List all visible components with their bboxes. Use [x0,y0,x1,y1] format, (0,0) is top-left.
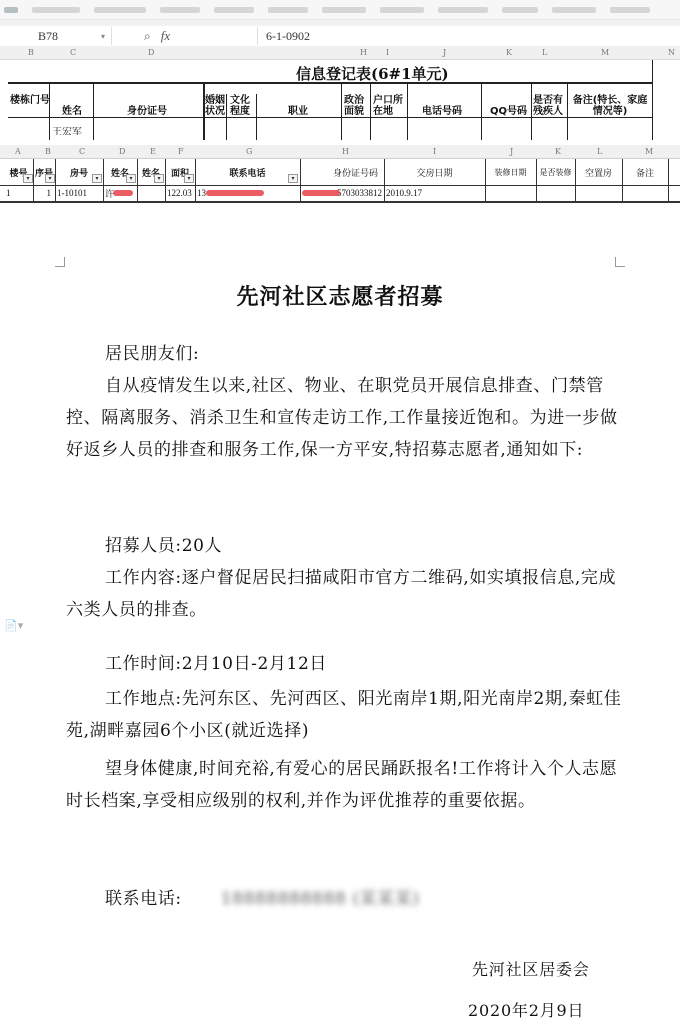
recruit-count: 招募人员:20人 [66,530,626,562]
header-note: 备注 [622,159,668,185]
header-disability: 是否有残疾人 [533,95,567,117]
column-header-bar: B C D H I J K L M N [0,46,680,60]
margin-corner-mark [55,257,65,267]
signature-date: 2020年2月9日 [468,998,584,1021]
column-header[interactable]: D [119,147,125,156]
header-phone: 电话号码 [422,106,462,117]
column-header[interactable]: B [28,48,34,57]
ribbon-item[interactable] [160,7,200,13]
ribbon-item[interactable] [552,7,596,13]
work-time: 工作时间:2月10日-2月12日 [66,648,626,680]
ribbon-item[interactable] [322,7,366,13]
column-header[interactable]: J [510,147,513,156]
registration-sheet: 信息登记表(6#1单元) 楼栋门号 姓名 身份证号 婚姻状况 文化程度 职业 政… [0,60,680,140]
formula-input[interactable]: 6-1-0902 [257,27,310,45]
column-header[interactable]: L [542,48,547,57]
work-content: 工作内容:逐户督促居民扫描咸阳市官方二维码,如实填报信息,完成六类人员的排查。 [66,562,626,626]
header-education: 文化程度 [230,95,254,117]
header-id-number: 身份证号 [127,106,167,117]
column-header[interactable]: B [45,147,51,156]
column-header[interactable]: H [342,147,349,156]
ribbon-item[interactable] [214,7,254,13]
cell-name-2[interactable] [137,186,165,200]
column-header[interactable]: M [601,48,609,57]
border-line [652,60,653,140]
column-header[interactable]: K [506,48,512,57]
border-line [481,82,482,140]
filter-dropdown-icon[interactable]: ▾ [288,174,298,183]
border-line [567,82,568,140]
column-header-bar: A B C D E F G H I J K L M [0,145,680,159]
border-line [8,82,652,84]
sheet-title: 信息登记表(6#1单元) [296,63,449,84]
column-header[interactable]: H [360,48,367,57]
column-header[interactable]: K [555,147,561,156]
signature-org: 先河社区居委会 [472,957,590,980]
border-line [0,201,680,203]
column-header[interactable]: J [443,48,446,57]
filter-dropdown-icon[interactable]: ▾ [154,174,164,183]
cell-renovation-date[interactable] [485,186,536,200]
column-header[interactable]: G [246,147,252,156]
header-marital-status: 婚姻状况 [205,95,227,117]
header-building-door: 楼栋门号 [10,95,50,106]
ribbon-item[interactable] [438,7,488,13]
border-line [8,117,652,118]
ribbon-tab[interactable] [4,7,18,13]
name-box-value: B78 [38,29,58,44]
border-line [668,159,669,201]
column-header[interactable]: I [433,147,436,156]
column-header[interactable]: E [150,147,156,156]
header-handover-date: 交房日期 [384,159,485,185]
border-line [370,82,371,140]
cell-partial-name[interactable]: 王宏军 [52,127,82,135]
header-occupation: 职业 [288,106,308,117]
border-line [256,94,257,140]
cell-building[interactable]: 1 [4,186,33,200]
filter-dropdown-icon[interactable]: ▾ [126,174,136,183]
column-header[interactable]: A [15,147,21,156]
filter-dropdown-icon[interactable]: ▾ [23,174,33,183]
ribbon-item[interactable] [610,7,650,13]
header-id-number: 身份证号码 [300,159,384,185]
redaction-mark [206,190,264,196]
name-box[interactable]: B78 ▾ [0,27,112,45]
header-remarks: 备注(特长、家庭情况等) [570,95,650,117]
column-header[interactable]: C [79,147,85,156]
formula-bar: B78 ▾ ⌕ fx 6-1-0902 [0,26,680,46]
redaction-mark [113,190,133,196]
column-header[interactable]: L [597,147,602,156]
column-header[interactable]: D [148,48,154,57]
border-line [407,82,408,140]
formula-icons: ⌕ fx [112,28,257,44]
zoom-icon[interactable]: ⌕ [144,29,151,44]
border-line [49,82,50,140]
function-icon[interactable]: fx [161,28,170,44]
column-header[interactable]: C [70,48,76,57]
ribbon-item[interactable] [268,7,308,13]
header-political-status: 政治面貌 [344,95,368,117]
intro-paragraph: 自从疫情发生以来,社区、物业、在职党员开展信息排查、门禁管控、隔离服务、消杀卫生… [66,370,626,466]
chevron-down-icon[interactable]: ▾ [101,32,105,41]
cell-room[interactable]: 1-10101 [55,186,103,200]
ribbon-item[interactable] [94,7,146,13]
border-line [341,82,342,140]
header-vacant: 空置房 [575,159,622,185]
cell-seq[interactable]: 1 [33,186,55,200]
closing-paragraph: 望身体健康,时间充裕,有爱心的居民踊跃报名!工作将计入个人志愿时长档案,享受相应… [66,753,626,817]
cell-vacant[interactable] [575,186,622,200]
cell-area[interactable]: 122.03 [165,186,195,200]
border-line [531,82,532,140]
contact-line: 联系电话:18888888888 (某某某) [66,883,626,915]
header-renovation-date: 装修日期 [485,159,536,185]
column-header[interactable]: N [668,48,675,57]
document-page: 先河社区志愿者招募 居民朋友们: 自从疫情发生以来,社区、物业、在职党员开展信息… [0,205,680,1036]
cell-note[interactable] [622,186,668,200]
paste-options-icon[interactable]: 📄▾ [4,619,23,632]
filter-dropdown-icon[interactable]: ▾ [92,174,102,183]
greeting: 居民朋友们: [105,338,665,370]
cell-handover-date[interactable]: 2010.9.17 [384,186,485,200]
column-header[interactable]: M [645,147,653,156]
column-header[interactable]: F [178,147,184,156]
document-title: 先河社区志愿者招募 [0,280,680,311]
ribbon-toolbar [0,0,680,20]
margin-corner-mark [615,257,625,267]
header-qq: QQ号码 [490,106,527,117]
housing-sheet: 楼号 ▾ 序号 ▾ 房号 ▾ 姓名 ▾ 姓名 ▾ 面积 ▾ 联系电话 ▾ 身份证… [0,159,680,205]
ribbon-item[interactable] [380,7,424,13]
border-line [93,82,94,140]
work-location: 工作地点:先河东区、先河西区、阳光南岸1期,阳光南岸2期,秦虹佳苑,湖畔嘉园6个… [66,683,626,747]
filter-dropdown-icon[interactable]: ▾ [45,174,55,183]
contact-label: 联系电话: [105,889,182,909]
cell-renovated[interactable] [536,186,575,200]
column-header[interactable]: I [386,48,389,57]
ribbon-item[interactable] [32,7,80,13]
contact-value-blurred: 18888888888 (某某某) [182,883,420,915]
header-household-registration: 户口所在地 [373,95,405,117]
filter-dropdown-icon[interactable]: ▾ [184,174,194,183]
header-phone: 联系电话 [195,159,300,185]
redaction-mark [302,190,340,196]
header-name: 姓名 [62,106,82,117]
header-renovated: 是否装修 [536,159,575,185]
ribbon-item[interactable] [502,7,538,13]
